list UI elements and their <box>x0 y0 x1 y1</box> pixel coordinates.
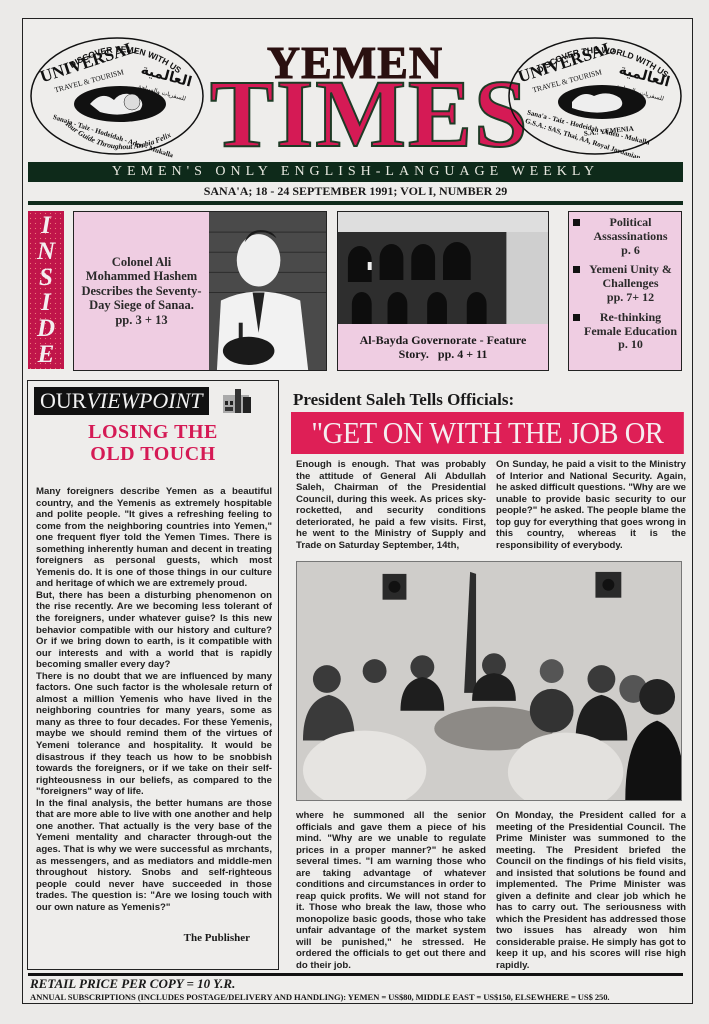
travel-ad-emblem-icon: DISCOVER YEMEN WITH US UNIVERSAL TRAVEL … <box>28 26 206 158</box>
list-item[interactable]: Yemeni Unity & Challengespp. 7+ 12 <box>573 263 677 304</box>
newspaper-page: DISCOVER YEMEN WITH US UNIVERSAL TRAVEL … <box>0 0 709 1024</box>
editorial-paragraph: In the final analysis, the better humans… <box>36 798 272 913</box>
inside-letter: S <box>39 265 53 290</box>
story-column-2: On Sunday, he paid a visit to the Minist… <box>496 459 686 551</box>
inside-letter: I <box>41 290 51 315</box>
story-pages: pp. 4 + 11 <box>438 347 488 361</box>
square-bullet-icon <box>573 219 580 226</box>
inside-bullet-list: Political Assassinationsp. 6 Yemeni Unit… <box>568 211 682 371</box>
editorial-paragraph: There is no doubt that we are influenced… <box>36 671 272 798</box>
story-column-3: where he summoned all the senior officia… <box>296 810 486 971</box>
story-teaser: Colonel Ali Mohammed Hashem Describes th… <box>74 212 209 370</box>
dateline: SANA'A; 18 - 24 SEPTEMBER 1991; VOL I, N… <box>28 184 683 199</box>
travel-ad-emblem-icon: DISCOVER THE WORLD WITH US UNIVERSAL TRA… <box>506 26 684 158</box>
editorial-body: Many foreigners describe Yemen as a beau… <box>36 486 272 913</box>
bullet-pages: p. 6 <box>621 243 640 257</box>
editorial-paragraph: But, there has been a disturbing phenome… <box>36 590 272 671</box>
tagline-banner: YEMEN'S ONLY ENGLISH-LANGUAGE WEEKLY <box>28 162 683 182</box>
portrait-photo <box>209 212 326 370</box>
bullet-title: Political Assassinations <box>593 215 667 243</box>
inside-story-albayda[interactable]: Al-Bayda Governorate - Feature Story. pp… <box>337 211 549 371</box>
building-photo <box>338 212 548 324</box>
story-column-4: On Monday, the President called for a me… <box>496 810 686 971</box>
story-headline: "GET ON WITH THE JOB OR ELSE!" <box>291 412 684 454</box>
viewpoint-label: OURVIEWPOINT <box>34 387 209 415</box>
inside-letter: N <box>37 239 55 264</box>
masthead-logo: YEMEN TIMES <box>210 30 500 160</box>
story-column-1: Enough is enough. That was probably the … <box>296 459 486 551</box>
masthead-rule <box>28 201 683 205</box>
retail-price: RETAIL PRICE PER COPY = 10 Y.R. <box>30 976 235 992</box>
editorial-signature: The Publisher <box>184 932 250 944</box>
logo-times-text: TIMES <box>210 66 500 162</box>
subscription-rates: ANNUAL SUBSCRIPTIONS (INCLUDES POSTAGE/D… <box>30 992 609 1002</box>
editorial-box: OURVIEWPOINT LOSING THE OLD TOUCH Many f… <box>27 380 279 970</box>
travel-ad-left: DISCOVER YEMEN WITH US UNIVERSAL TRAVEL … <box>28 26 206 158</box>
inside-letter: D <box>37 316 55 341</box>
travel-ad-right: DISCOVER THE WORLD WITH US UNIVERSAL TRA… <box>506 26 684 158</box>
bullet-title: Yemeni Unity & Challenges <box>589 262 672 290</box>
building-sketch-icon <box>219 387 253 415</box>
square-bullet-icon <box>573 314 580 321</box>
story-pages: pp. 3 + 13 <box>115 313 167 327</box>
story-teaser-text: Colonel Ali Mohammed Hashem Describes th… <box>81 255 201 312</box>
bullet-pages: pp. 7+ 12 <box>607 290 654 304</box>
inside-label: I N S I D E <box>28 211 64 369</box>
story-teaser: Al-Bayda Governorate - Feature Story. pp… <box>338 324 548 370</box>
editorial-paragraph: Many foreigners describe Yemen as a beau… <box>36 486 272 590</box>
list-item[interactable]: Political Assassinationsp. 6 <box>573 216 677 257</box>
editorial-title: LOSING THE OLD TOUCH <box>28 421 278 465</box>
story-kicker: President Saleh Tells Officials: <box>293 390 514 410</box>
inside-letter: I <box>41 213 51 238</box>
bullet-pages: p. 10 <box>618 337 643 351</box>
inside-letter: E <box>38 342 55 367</box>
square-bullet-icon <box>573 266 580 273</box>
editorial-header: OURVIEWPOINT <box>34 387 253 415</box>
bullet-title: Re-thinking Female Education <box>584 310 677 338</box>
inside-story-hashem[interactable]: Colonel Ali Mohammed Hashem Describes th… <box>73 211 327 371</box>
meeting-photo <box>296 561 682 801</box>
list-item[interactable]: Re-thinking Female Educationp. 10 <box>573 311 677 352</box>
